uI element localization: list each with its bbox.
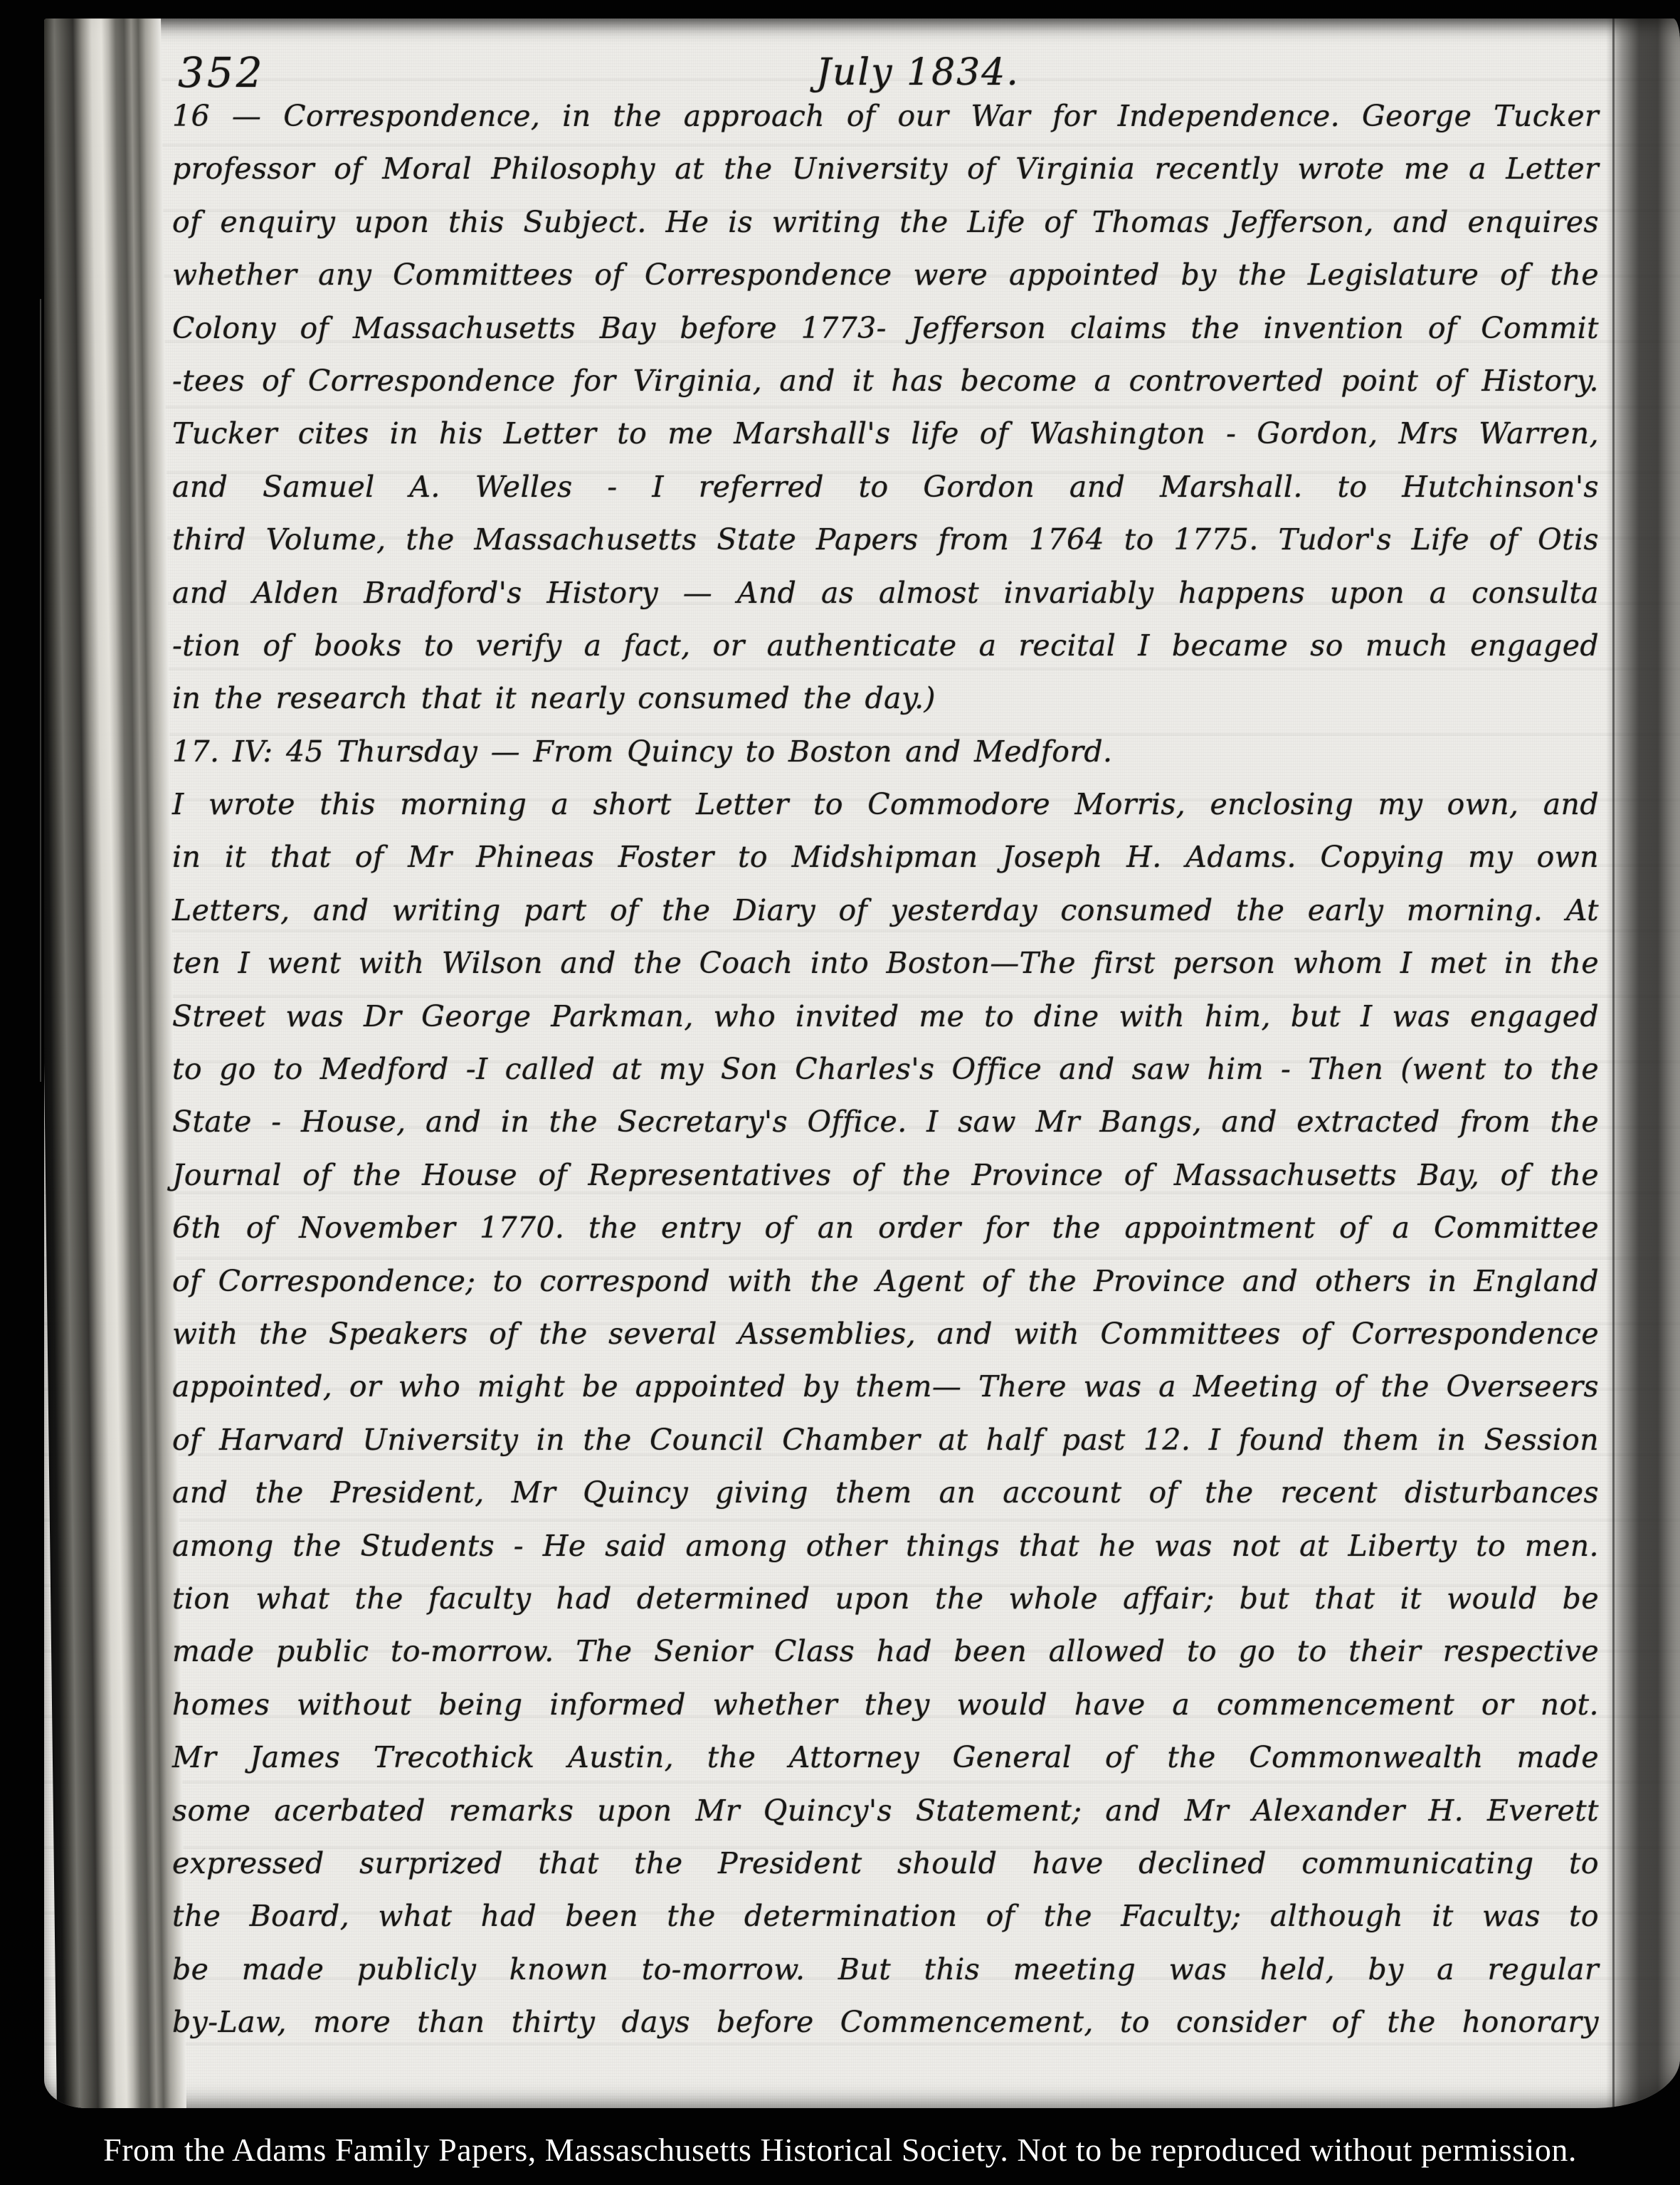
diary-line: and the President, Mr Quincy giving them… <box>172 1466 1599 1519</box>
diary-line: tion what the faculty had determined upo… <box>172 1572 1599 1625</box>
diary-line: expressed surprized that the President s… <box>172 1837 1599 1890</box>
diary-line: and Samuel A. Welles - I referred to Gor… <box>172 460 1599 513</box>
diary-line: and Alden Bradford's History — And as al… <box>172 567 1599 619</box>
scanner-streak <box>40 299 41 1082</box>
diary-entry-heading: 17. IV: 45 Thursday — From Quincy to Bos… <box>172 725 1599 778</box>
diary-line: of Correspondence; to correspond with th… <box>172 1255 1599 1307</box>
diary-line: homes without being informed whether the… <box>172 1678 1599 1731</box>
diary-line: be made publicly known to-morrow. But th… <box>172 1943 1599 1996</box>
diary-line: third Volume, the Massachusetts State Pa… <box>172 513 1599 566</box>
diary-line: Tucker cites in his Letter to me Marshal… <box>172 407 1599 460</box>
diary-line: -tion of books to verify a fact, or auth… <box>172 619 1599 672</box>
diary-line: of Harvard University in the Council Cha… <box>172 1413 1599 1466</box>
diary-line: -tees of Correspondence for Virginia, an… <box>172 354 1599 407</box>
diary-line: Colony of Massachusetts Bay before 1773-… <box>172 302 1599 354</box>
diary-line: 16 — Correspondence, in the approach of … <box>172 90 1599 142</box>
diary-text: 16 — Correspondence, in the approach of … <box>172 90 1599 2048</box>
diary-line: among the Students - He said among other… <box>172 1520 1599 1572</box>
book-page-edges <box>44 19 186 2108</box>
diary-line: in it that of Mr Phineas Foster to Midsh… <box>172 831 1599 883</box>
diary-line: Journal of the House of Representatives … <box>172 1149 1599 1201</box>
diary-line: State - House, and in the Secretary's Of… <box>172 1095 1599 1148</box>
diary-line: in the research that it nearly consumed … <box>172 672 1599 725</box>
diary-line: Mr James Trecothick Austin, the Attorney… <box>172 1731 1599 1784</box>
diary-line: the Board, what had been the determinati… <box>172 1890 1599 1942</box>
archive-caption: From the Adams Family Papers, Massaschus… <box>0 2131 1680 2169</box>
gutter-shadow <box>1606 19 1680 2108</box>
diary-line: professor of Moral Philosophy at the Uni… <box>172 142 1599 195</box>
diary-line: to go to Medford -I called at my Son Cha… <box>172 1043 1599 1095</box>
date-header: July 1834. <box>816 51 1020 94</box>
diary-line: Street was Dr George Parkman, who invite… <box>172 990 1599 1043</box>
diary-line: appointed, or who might be appointed by … <box>172 1360 1599 1413</box>
diary-line: ten I went with Wilson and the Coach int… <box>172 937 1599 989</box>
diary-line: Letters, and writing part of the Diary o… <box>172 884 1599 937</box>
diary-line: of enquiry upon this Subject. He is writ… <box>172 196 1599 248</box>
manuscript-scan: 352 July 1834. 16 — Correspondence, in t… <box>0 0 1680 2185</box>
diary-line: I wrote this morning a short Letter to C… <box>172 778 1599 831</box>
diary-line: by-Law, more than thirty days before Com… <box>172 1996 1599 2048</box>
diary-line: some acerbated remarks upon Mr Quincy's … <box>172 1784 1599 1837</box>
diary-line: whether any Committees of Correspondence… <box>172 248 1599 301</box>
diary-line: made public to-morrow. The Senior Class … <box>172 1625 1599 1678</box>
diary-line: 6th of November 1770. the entry of an or… <box>172 1201 1599 1254</box>
diary-line: with the Speakers of the several Assembl… <box>172 1307 1599 1360</box>
